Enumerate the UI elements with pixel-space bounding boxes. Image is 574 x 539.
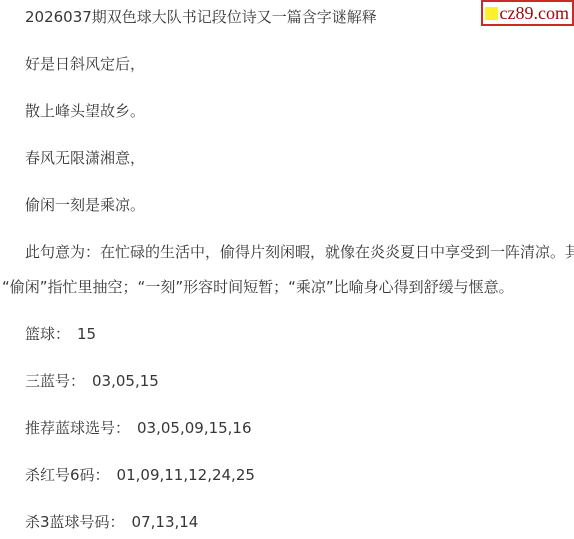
poem-line-3: 春风无限潇湘意， bbox=[2, 141, 554, 176]
poem-explanation: 此句意为：在忙碌的生活中，偷得片刻闲暇，就像在炎炎夏日中享受到一阵清凉。其中， … bbox=[2, 235, 554, 305]
prediction-label: 杀3蓝球号码： bbox=[25, 513, 125, 531]
explanation-line-1: 此句意为：在忙碌的生活中，偷得片刻闲暇，就像在炎炎夏日中享受到一阵清凉。其中， bbox=[2, 235, 554, 270]
prediction-label: 推荐蓝球选号： bbox=[25, 419, 130, 437]
prediction-label: 三蓝号： bbox=[25, 372, 85, 390]
logo-brand-text: cz89.com bbox=[500, 3, 569, 23]
prediction-value: 03,05,15 bbox=[92, 372, 159, 390]
prediction-value: 07,13,14 bbox=[132, 513, 199, 531]
prediction-label: 杀红号6码： bbox=[25, 466, 110, 484]
prediction-value: 03,05,09,15,16 bbox=[137, 419, 252, 437]
site-logo-link[interactable]: cz89.com bbox=[481, 0, 574, 26]
prediction-row-kill-red: 杀红号6码：01,09,11,12,24,25 bbox=[2, 458, 554, 493]
page-title: 2026037期双色球大队书记段位诗又一篇含字谜解释 bbox=[2, 0, 554, 35]
article-body: 2026037期双色球大队书记段位诗又一篇含字谜解释 好是日斜风定后， 散上峰头… bbox=[0, 0, 574, 539]
prediction-row-recommended-blue: 推荐蓝球选号：03,05,09,15,16 bbox=[2, 411, 554, 446]
logo-yellow-square-icon bbox=[485, 7, 498, 20]
prediction-row-kill-blue: 杀3蓝球号码：07,13,14 bbox=[2, 505, 554, 539]
poem-line-4: 偷闲一刻是乘凉。 bbox=[2, 188, 554, 223]
poem-line-1: 好是日斜风定后， bbox=[2, 47, 554, 82]
explanation-line-2: “偷闲”指忙里抽空；“一刻”形容时间短暂；“乘凉”比喻身心得到舒缓与惬意。 bbox=[2, 270, 554, 305]
prediction-label: 篮球： bbox=[25, 325, 70, 343]
prediction-row-basketball: 篮球：15 bbox=[2, 317, 554, 352]
prediction-value: 15 bbox=[77, 325, 96, 343]
poem-line-2: 散上峰头望故乡。 bbox=[2, 94, 554, 129]
prediction-row-three-blue: 三蓝号：03,05,15 bbox=[2, 364, 554, 399]
prediction-value: 01,09,11,12,24,25 bbox=[117, 466, 255, 484]
